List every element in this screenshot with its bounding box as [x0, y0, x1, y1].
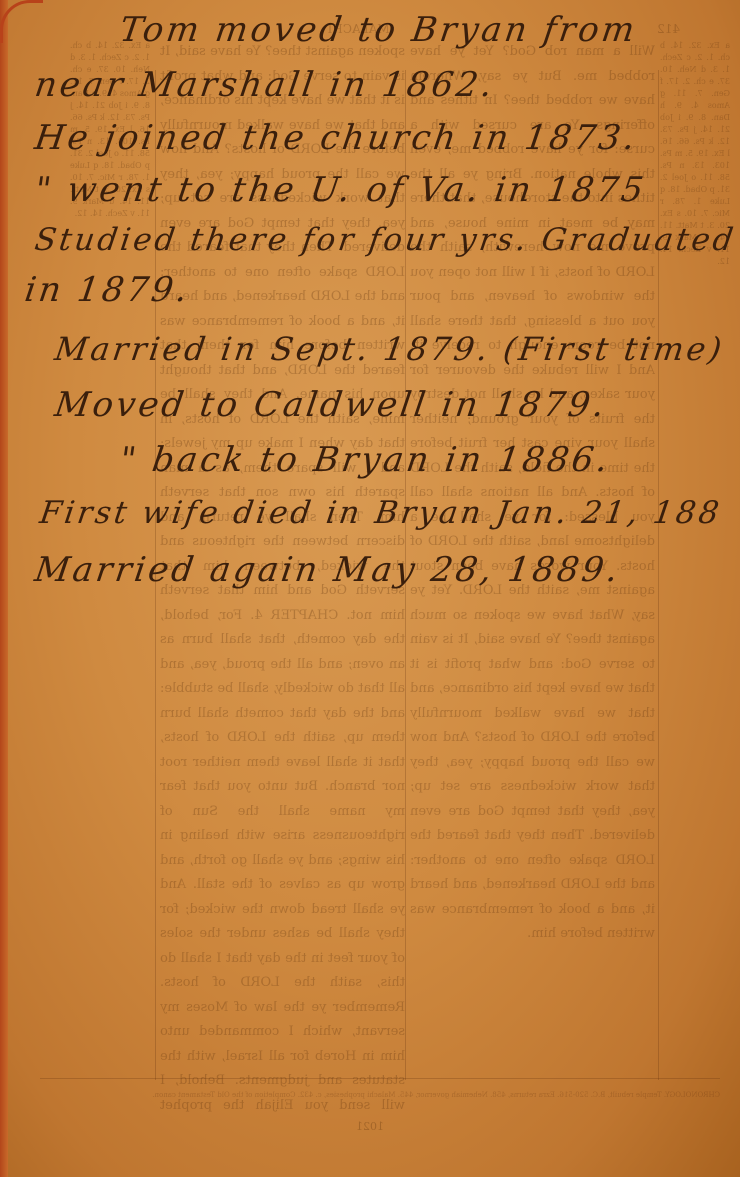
handwritten-line: He joined the church in 1873. — [32, 118, 640, 158]
showthrough-margin-references-right: a Ex. 32. 14. b ch. 1. 2. c Zech. 1. 3. … — [660, 40, 730, 1117]
handwritten-line: " went to the U. of Va. in 1875 — [32, 170, 649, 210]
handwritten-line: " back to Bryan in 1886. — [117, 440, 613, 480]
handwritten-line: in 1879. — [22, 270, 193, 310]
handwritten-line: Moved to Caldwell in 1879. — [52, 385, 609, 425]
handwritten-line: Married in Sept. 1879. (First time) — [52, 330, 726, 368]
page-gilt-edge — [0, 0, 8, 1177]
handwritten-line: First wife died in Bryan Jan. 21, 188 — [37, 495, 724, 531]
handwritten-line: Married again May 28, 1889. — [32, 550, 623, 590]
showthrough-footnote: CHRONOLOGY. Temple rebuilt, B.C. 520-516… — [40, 1090, 720, 1101]
handwritten-line: Tom moved to Bryan from — [117, 10, 640, 50]
handwritten-line: Studied there for four yrs. Graduated — [32, 222, 738, 258]
handwritten-line: near Marshall in 1862. — [32, 65, 497, 105]
bible-page: 412 MALACHI a Ex. 32. 14. b ch. 1. 2. c … — [0, 0, 740, 1177]
showthrough-header-page: 412 — [657, 22, 680, 36]
showthrough-page-number: 1021 — [350, 1120, 390, 1133]
